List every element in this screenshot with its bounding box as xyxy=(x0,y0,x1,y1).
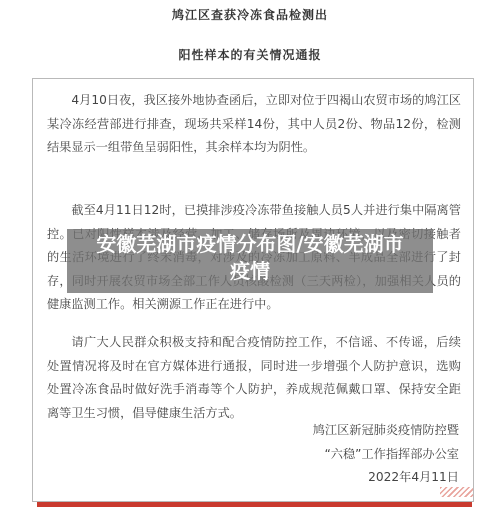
signature-line1: 鸠江区新冠肺炎疫情防控暨 xyxy=(313,419,459,443)
paragraph-1: 4月10日夜，我区接外地协查函后，立即对位于四褐山农贸市场的鸠江区某冷冻经营部进… xyxy=(47,89,461,160)
watermark-caption: 安徽芜湖市疫情分布图/安徽芜湖市 疫情 xyxy=(67,231,433,285)
signature-block: 鸠江区新冠肺炎疫情防控暨 “六稳”工作指挥部办公室 2022年4月11日 xyxy=(313,419,459,490)
watermark-line1: 安徽芜湖市疫情分布图/安徽芜湖市 xyxy=(67,231,433,258)
paragraph-3: 请广大人民群众积极支持和配合疫情防控工作，不信谣、不传谣，后续处置情况将及时在官… xyxy=(47,331,461,425)
signature-date: 2022年4月11日 xyxy=(313,466,459,490)
signature-line2: “六稳”工作指挥部办公室 xyxy=(313,443,459,467)
paragraph-1-text: 4月10日夜，我区接外地协查函后，立即对位于四褐山农贸市场的鸠江区某冷冻经营部进… xyxy=(47,89,461,160)
watermark-line2: 疫情 xyxy=(67,258,433,285)
document-title-line1: 鸠江区查获冷冻食品检测出 xyxy=(0,6,500,23)
paragraph-3-text: 请广大人民群众积极支持和配合疫情防控工作，不信谣、不传谣，后续处置情况将及时在官… xyxy=(47,331,461,425)
decorative-hatch xyxy=(440,487,473,497)
document-title-line2: 阳性样本的有关情况通报 xyxy=(0,46,500,63)
